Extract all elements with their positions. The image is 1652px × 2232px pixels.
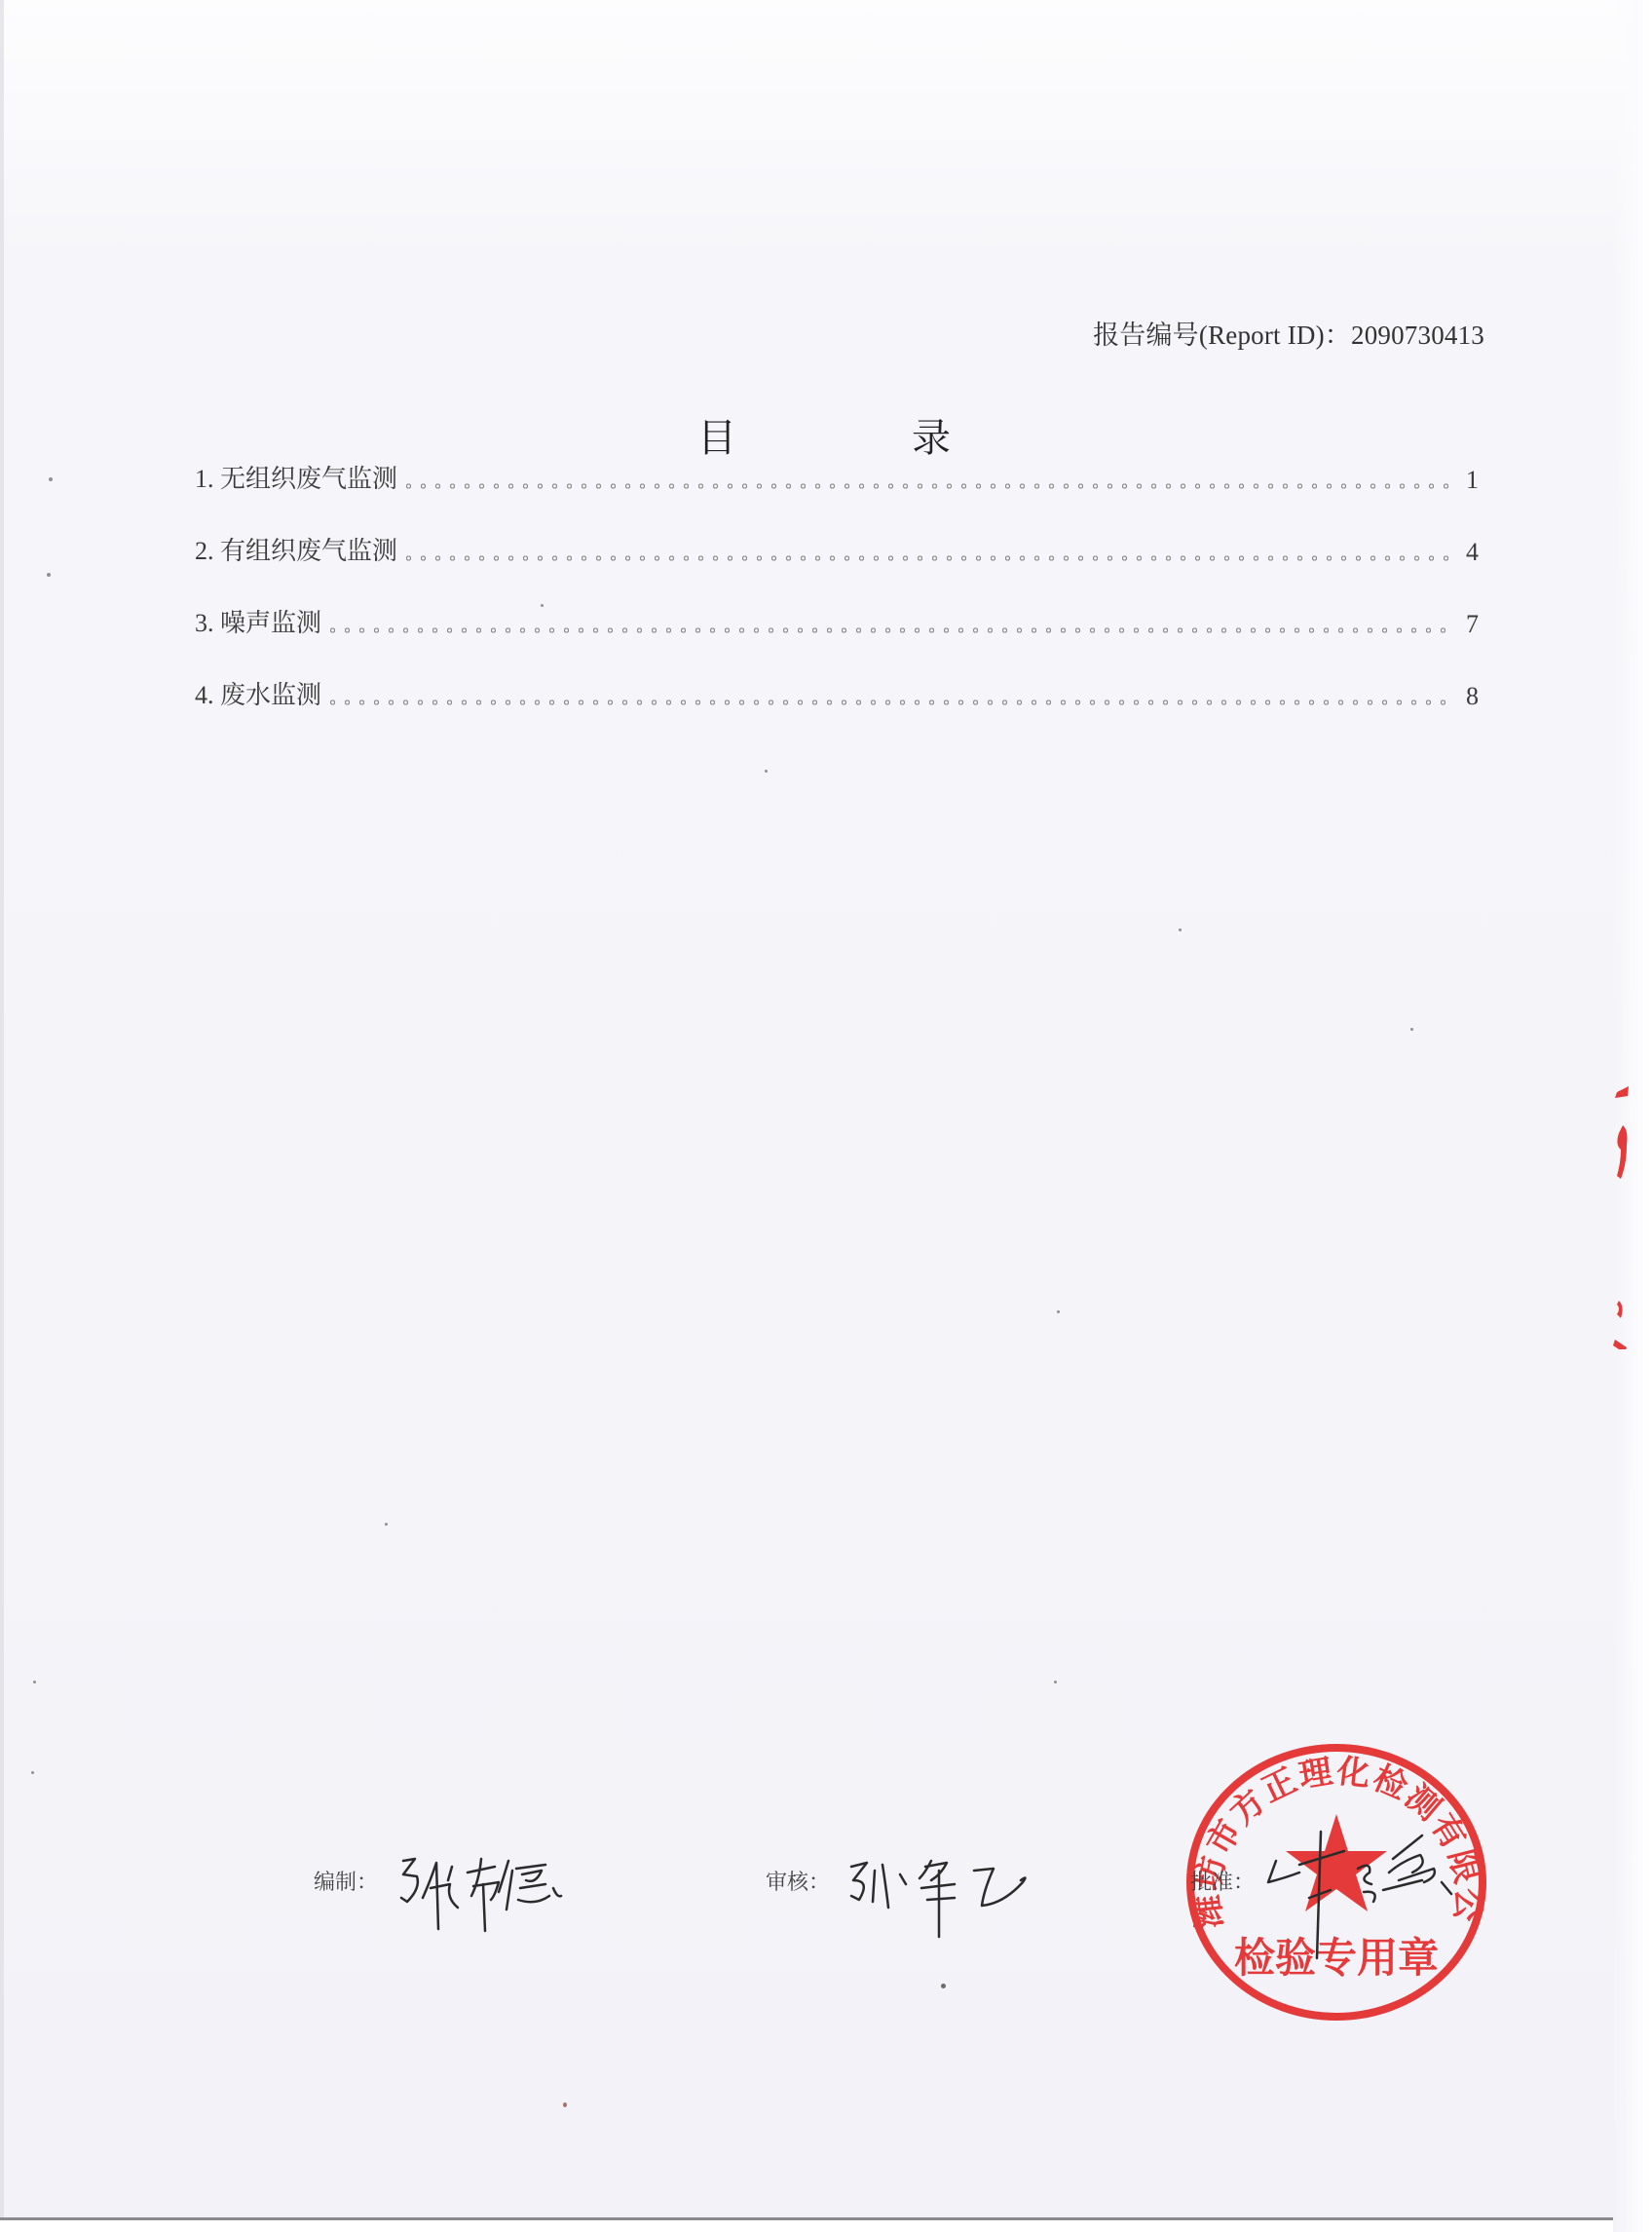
toc-item-page: 4 [1459,538,1479,567]
reviewer-signature-icon [838,1841,1062,1948]
toc-dot-leader [325,626,1451,634]
scan-bottom-edge [0,2217,1613,2232]
toc-item-label: 2. 有组织废气监测 [195,531,397,567]
report-id-value: 2090730413 [1351,321,1484,350]
scan-speck [765,770,768,773]
scan-speck [563,2102,567,2107]
approver-signature-icon [1257,1822,1510,1968]
toc-title: 目 录 [697,407,951,463]
toc-dot-leader [401,554,1451,562]
scan-speck [1179,928,1182,931]
toc-title-char: 录 [912,407,951,463]
compiler-label: 编制： [314,1866,378,1896]
toc-item[interactable]: 1. 无组织废气监测 1 [195,456,1479,495]
toc-item-page: 1 [1459,466,1479,495]
toc-item-label: 3. 噪声监测 [195,603,321,639]
toc-dot-leader [325,699,1451,706]
report-id-label: 报告编号(Report ID)： [1093,321,1351,350]
toc-dot-leader [401,482,1451,490]
toc-item[interactable]: 4. 废水监测 8 [195,639,1479,711]
toc-item-page: 8 [1459,682,1479,711]
toc-title-char: 目 [697,407,736,463]
toc-item-page: 7 [1459,610,1479,639]
reviewer-label: 审核： [766,1866,830,1896]
toc-item-label: 1. 无组织废气监测 [195,459,397,495]
approver-label: 批准： [1190,1866,1255,1896]
scan-speck [47,573,51,577]
scan-speck [941,1984,946,1988]
toc-item-label: 4. 废水监测 [195,675,321,711]
scan-speck [1054,1681,1057,1683]
table-of-contents: 1. 无组织废气监测 1 2. 有组织废气监测 4 3. 噪声监测 7 4. 废… [195,456,1479,711]
scan-speck [49,477,53,481]
scan-speck [33,1681,36,1683]
scan-speck [385,1523,388,1526]
scan-speck [1057,1310,1060,1313]
toc-item[interactable]: 3. 噪声监测 7 [195,567,1479,639]
partial-seal-icon [1603,1077,1633,1349]
compiler-signature-icon [390,1841,584,1948]
scan-speck [31,1771,34,1774]
toc-item[interactable]: 2. 有组织废气监测 4 [195,495,1479,567]
report-id: 报告编号(Report ID)：2090730413 [1093,314,1484,352]
signature-row: 编制： 审核： 批准： [0,1851,1652,1968]
scan-speck [1410,1028,1413,1031]
